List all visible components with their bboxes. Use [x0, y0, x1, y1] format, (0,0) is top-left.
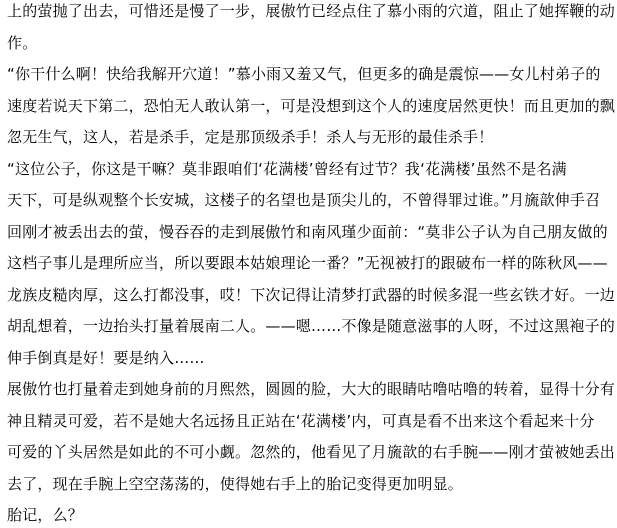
- paragraph-2: “你干什么啊！快给我解开穴道！”慕小雨又羞又气，但更多的确是震惊——女儿村弟子的…: [7, 59, 613, 154]
- novel-text-page: 上的萤抛了出去，可惜还是慢了一步，展傲竹已经点住了慕小雨的穴道，阻止了她挥鞭的动…: [0, 0, 617, 524]
- text-line: 这档子事儿是理所应当，所以要跟本姑娘理论一番？”无视被打的跟破布一样的陈秋风——: [7, 248, 613, 280]
- text-line: 胡乱想着，一边抬头打量着展南二人。——嗯……不像是随意滋事的人呀，不过这黑袍子的: [7, 311, 613, 343]
- text-line: 上的萤抛了出去，可惜还是慢了一步，展傲竹已经点住了慕小雨的穴道，阻止了她挥鞭的动: [7, 0, 613, 28]
- text-line: 天下，可是纵观整个长安城，这楼子的名望也是顶尖儿的，不曾得罪过谁。”月旒歆伸手召: [7, 185, 613, 217]
- paragraph-4: 展傲竹也打量着走到她身前的月熙然，圆圆的脸，大大的眼睛咕噜咕噜的转着，显得十分有…: [7, 374, 613, 500]
- text-line: 胎记，么？: [7, 500, 613, 528]
- text-line: “你干什么啊！快给我解开穴道！”慕小雨又羞又气，但更多的确是震惊——女儿村弟子的: [7, 59, 613, 91]
- text-line: 龙族皮糙肉厚，这么打都没事，哎！下次记得让清梦打武器的时候多混一些玄铁才好。一边: [7, 280, 613, 312]
- text-line: 神且精灵可爱，若不是她大名远扬且正站在‘花满楼’内，可真是看不出来这个看起来十分: [7, 406, 613, 438]
- paragraph-1: 上的萤抛了出去，可惜还是慢了一步，展傲竹已经点住了慕小雨的穴道，阻止了她挥鞭的动…: [7, 0, 613, 59]
- text-line: 速度若说天下第二，恐怕无人敢认第一，可是没想到这个人的速度居然更快！而且更加的飘: [7, 91, 613, 123]
- text-line: 去了，现在手腕上空空荡荡的，使得她右手上的胎记变得更加明显。: [7, 469, 613, 501]
- text-line: 作。: [7, 28, 613, 60]
- text-line: “这位公子，你这是干嘛？莫非跟咱们‘花满楼’曾经有过节？我‘花满楼’虽然不是名满: [7, 154, 613, 186]
- text-line: 伸手倒真是好！要是纳入……: [7, 343, 613, 375]
- paragraph-5: 胎记，么？: [7, 500, 613, 528]
- text-line: 可爱的丫头居然是如此的不可小觑。忽然的，他看见了月旒歆的右手腕——刚才萤被她丢出: [7, 437, 613, 469]
- text-line: 回刚才被丢出去的萤，慢吞吞的走到展傲竹和南风瑾少面前：“莫非公子认为自己朋友做的: [7, 217, 613, 249]
- paragraph-3: “这位公子，你这是干嘛？莫非跟咱们‘花满楼’曾经有过节？我‘花满楼’虽然不是名满…: [7, 154, 613, 375]
- text-line: 展傲竹也打量着走到她身前的月熙然，圆圆的脸，大大的眼睛咕噜咕噜的转着，显得十分有: [7, 374, 613, 406]
- text-line: 忽无生气，这人，若是杀手，定是那顶级杀手！杀人与无形的最佳杀手！: [7, 122, 613, 154]
